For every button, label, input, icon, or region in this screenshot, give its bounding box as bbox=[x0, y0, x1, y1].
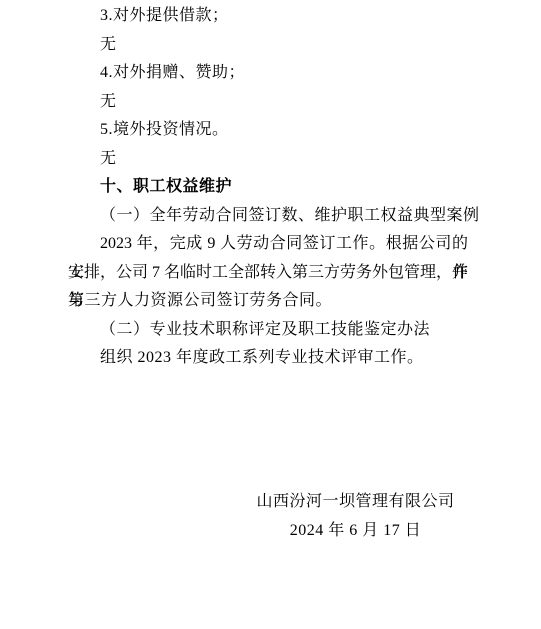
document-body: 3.对外提供借款； 无 4.对外捐赠、赞助； 无 5.境外投资情况。 无 十、职… bbox=[68, 2, 468, 373]
body-line: 无 bbox=[68, 31, 468, 60]
body-line: 无 bbox=[68, 145, 468, 174]
body-line: 4.对外捐赠、赞助； bbox=[68, 59, 468, 88]
body-line: 组织 2023 年度政工系列专业技术评审工作。 bbox=[68, 344, 468, 373]
body-line: 3.对外提供借款； bbox=[68, 2, 468, 31]
section-heading: 十、职工权益维护 bbox=[68, 173, 468, 202]
body-line: （一）全年劳动合同签订数、维护职工权益典型案例 bbox=[68, 202, 468, 231]
signature-block: 山西汾河一坝管理有限公司 2024 年 6 月 17 日 bbox=[245, 488, 466, 545]
body-line: 安排，公司 7 名临时工全部转入第三方劳务外包管理，并与 bbox=[68, 259, 468, 288]
body-line: 5.境外投资情况。 bbox=[68, 116, 468, 145]
document-page: 3.对外提供借款； 无 4.对外捐赠、赞助； 无 5.境外投资情况。 无 十、职… bbox=[0, 0, 541, 629]
body-line: 2023 年，完成 9 人劳动合同签订工作。根据公司的工作 bbox=[68, 230, 468, 259]
body-line: （二）专业技术职称评定及职工技能鉴定办法 bbox=[68, 316, 468, 345]
signature-date: 2024 年 6 月 17 日 bbox=[245, 517, 466, 546]
company-signature: 山西汾河一坝管理有限公司 bbox=[245, 488, 466, 517]
body-line: 无 bbox=[68, 88, 468, 117]
body-line: 第三方人力资源公司签订劳务合同。 bbox=[68, 287, 468, 316]
